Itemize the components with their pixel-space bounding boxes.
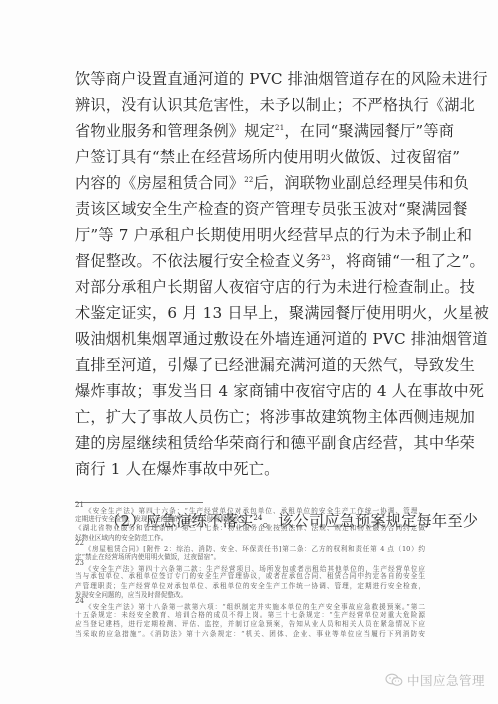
footnote-marker: 24 xyxy=(75,597,84,605)
body-line: 建的房屋继续租赁给华荣商行和德平副食店经营，其中华荣 xyxy=(75,430,425,456)
watermark: 中国应急管理 xyxy=(385,671,485,689)
body-line: 亡，扩大了事故人员伤亡；将涉事故建筑物主体西侧违规加 xyxy=(75,404,425,430)
body-line: 省物业服务和管理条例》规定21，在同“聚满园餐厅”等商 xyxy=(75,118,425,144)
body-line: 对部分承租户长期留人夜宿守店的行为未进行检查制止。技 xyxy=(75,274,425,300)
body-line: 辨识，没有认识其危害性，未予以制止；不严格执行《湖北 xyxy=(75,92,425,118)
body-line: 饮等商户设置直通河道的 PVC 排油烟管道存在的风险未进行 xyxy=(75,66,425,92)
footnote-ref-23[interactable]: 23 xyxy=(321,254,330,262)
footnote-ref-22[interactable]: 22 xyxy=(244,176,253,184)
body-line-text: 内容的《房屋租赁合同》 xyxy=(75,174,244,192)
watermark-text: 中国应急管理 xyxy=(407,671,485,689)
body-line: 户签订具有“禁止在经营场所内使用明火做饭、过夜留宿” xyxy=(75,144,425,170)
body-line-text: 省物业服务和管理条例》规定 xyxy=(75,122,275,140)
footnote-text: 《安全生产法》第十八条第一款第六项：“组织制定并实施本单位的生产安全事故应急救援… xyxy=(84,603,425,611)
footnote-line: 发现安全问题的，应当及时督促整改。 xyxy=(75,591,425,601)
footnote-line: 当与承包单位、承租单位签订专门的安全生产管理协议，或者在承包合同、租赁合同中约定… xyxy=(75,572,425,582)
footnote-line: 23《安全生产法》第四十六条第二款：生产经营项目、场所发包或者出租给其他单位的，… xyxy=(75,563,425,573)
footnote-line: 好物业区域内的安全防范工作。 xyxy=(75,534,425,544)
footnote-line: 定期进行安全检查，发现安全问题的，应当及时督促整改”。 xyxy=(75,515,425,525)
footnote-line: 定“禁止在经营场所内使用明火做饭，过夜留宿”。 xyxy=(75,553,425,563)
body-line: 内容的《房屋租赁合同》22后，润联物业副总经理吴伟和负 xyxy=(75,170,425,196)
footnote-line: 当采取的应急措施”。《消防法》第十六条规定：“机关、团体、企业、事业等单位应当履… xyxy=(75,630,425,640)
footnote-separator xyxy=(75,502,203,503)
footnote-marker: 21 xyxy=(75,501,84,509)
footnote-text: 《安全生产法》第四十六条：“生产经营单位对承包单位、承租单位的安全生产工作统一协… xyxy=(84,507,425,515)
body-line: 爆炸事故；事发当日 4 家商铺中夜宿守店的 4 人在事故中死 xyxy=(75,378,425,404)
body-line-text: 督促整改。不依法履行安全检查义务 xyxy=(75,252,321,270)
footnote-line: 十五条规定：未经安全教育、培训合格的成员不得上岗。第三十七条规定：“生产经营单位… xyxy=(75,611,425,621)
body-line: 责该区域安全生产检查的资产管理专员张玉波对“聚满园餐 xyxy=(75,196,425,222)
footnote-ref-21[interactable]: 21 xyxy=(275,124,284,132)
wechat-logo-icon xyxy=(385,673,403,687)
footnote-line: 21《安全生产法》第四十六条：“生产经营单位对承包单位、承租单位的安全生产工作统… xyxy=(75,505,425,515)
footnote-marker: 22 xyxy=(75,539,84,547)
body-line: 督促整改。不依法履行安全检查义务23，将商铺“一租了之”。 xyxy=(75,248,425,274)
body-text: 饮等商户设置直通河道的 PVC 排油烟管道存在的风险未进行 辨识，没有认识其危害… xyxy=(75,66,425,534)
body-line-text: 后，润联物业副总经理吴伟和负 xyxy=(254,174,469,192)
footnote-line: 应当登记建档，进行定期检测、评估、监控，并制订应急预案，告知从业人员和相关人员在… xyxy=(75,620,425,630)
footnote-line: 《湖北省物业服务和管理条例》第三十七条：物业服务企业按照法律、法规、规定和物业服… xyxy=(75,524,425,534)
body-line: 厅”等 7 户承租户长期使用明火经营早点的行为未予制止和 xyxy=(75,222,425,248)
body-line: 商行 1 人在爆炸事故中死亡。 xyxy=(75,456,425,482)
body-line: 直排至河道，引爆了已经泄漏充满河道的天然气，导致发生 xyxy=(75,352,425,378)
body-line-text: ，在同“聚满园餐厅”等商 xyxy=(284,122,454,140)
footnote-marker: 23 xyxy=(75,559,84,567)
footnote-line: 22《房屋租赁合同》[附件 2：综治、消防、安全、环保责任书]第二条：乙方的权利… xyxy=(75,543,425,553)
footnote-line: 24《安全生产法》第十八条第一款第六项：“组织制定并实施本单位的生产安全事故应急… xyxy=(75,601,425,611)
body-line: 术鉴定证实，6 月 13 日早上，聚满园餐厅使用明火，火星被 xyxy=(75,300,425,326)
body-line: 吸油烟机集烟罩通过敷设在外墙连通河道的 PVC 排油烟管道 xyxy=(75,326,425,352)
body-line-text: ，将商铺“一租了之”。 xyxy=(331,252,485,270)
footnote-line: 产管理职责；生产经营单位对承包单位、承租单位的安全生产工作统一协调、管理，定期进… xyxy=(75,582,425,592)
document-page: 饮等商户设置直通河道的 PVC 排油烟管道存在的风险未进行 辨识，没有认识其危害… xyxy=(0,0,498,704)
footnotes: 21《安全生产法》第四十六条：“生产经营单位对承包单位、承租单位的安全生产工作统… xyxy=(75,505,425,639)
